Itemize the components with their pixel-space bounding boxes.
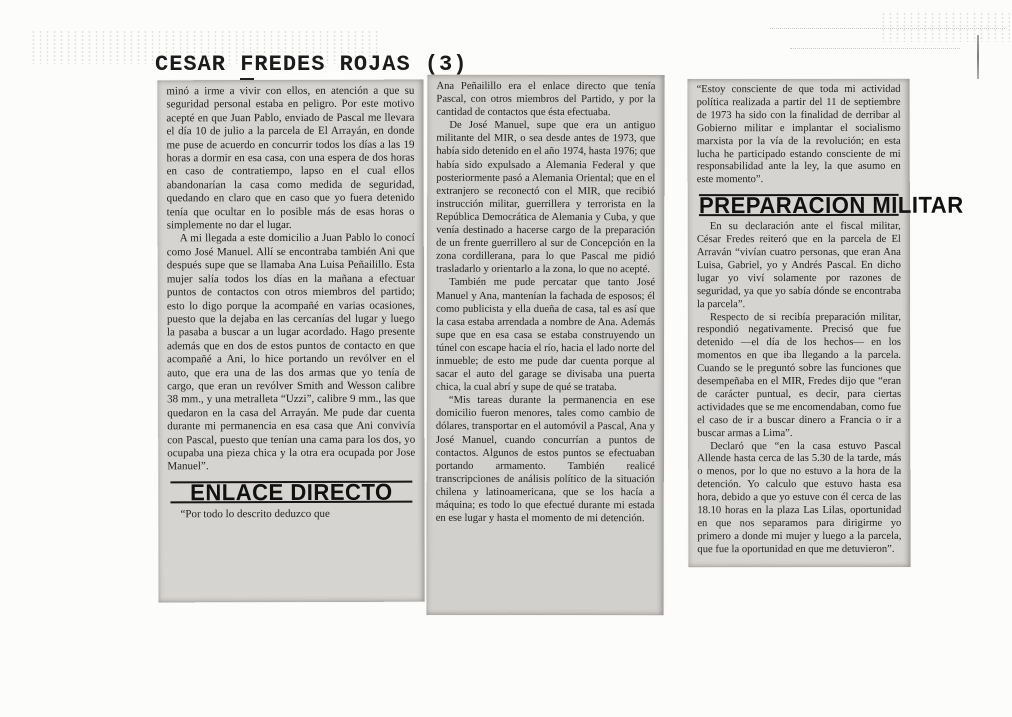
article-paragraph: Respecto de si recibía preparación milit…: [697, 311, 901, 440]
faded-cutoff-line: [167, 521, 415, 535]
newspaper-clipping-column-1: minó a irme a vivir con ellos, en atenci…: [157, 80, 424, 603]
scan-noise-vertical-streak: [977, 35, 979, 79]
article-paragraph: En su declaración ante el fiscal militar…: [697, 221, 901, 312]
article-paragraph: Ana Peñailillo era el enlace directo que…: [436, 80, 655, 120]
article-paragraph: “Mis tareas durante la permanencia en es…: [436, 394, 655, 525]
section-header-preparacion-militar: PREPARACION MILITAR: [699, 194, 899, 216]
newspaper-clipping-column-3: “Estoy consciente de que toda mi activid…: [688, 79, 911, 567]
section-header-enlace-directo: ENLACE DIRECTO: [170, 480, 412, 503]
article-paragraph: A mi llegada a este domicilio a Juan Pab…: [167, 232, 416, 474]
article-paragraph: Declaró que “en la casa estuvo Pascal Al…: [697, 440, 901, 557]
page-title-underlined-letter: F: [240, 52, 254, 80]
article-paragraph: De José Manuel, supe que era un antiguo …: [436, 119, 655, 277]
article-paragraph: minó a irme a vivir con ellos, en atenci…: [166, 85, 414, 233]
page-title: CESAR FREDES ROJAS (3): [155, 52, 467, 77]
article-paragraph: “Estoy consciente de que toda mi activid…: [697, 84, 901, 188]
scan-noise-top-right-line-2: [790, 48, 960, 49]
page-title-prefix: CESAR: [155, 52, 240, 77]
scan-noise-top-right-line-1: [770, 28, 1005, 29]
article-paragraph: También me pude percatar que tanto José …: [436, 276, 655, 394]
scan-noise-top-right: [880, 12, 1010, 42]
newspaper-clipping-column-2: Ana Peñailillo era el enlace directo que…: [427, 75, 665, 615]
page-title-suffix: REDES ROJAS (3): [254, 52, 467, 77]
article-paragraph: “Por todo lo descrito deduzco que: [167, 508, 415, 522]
